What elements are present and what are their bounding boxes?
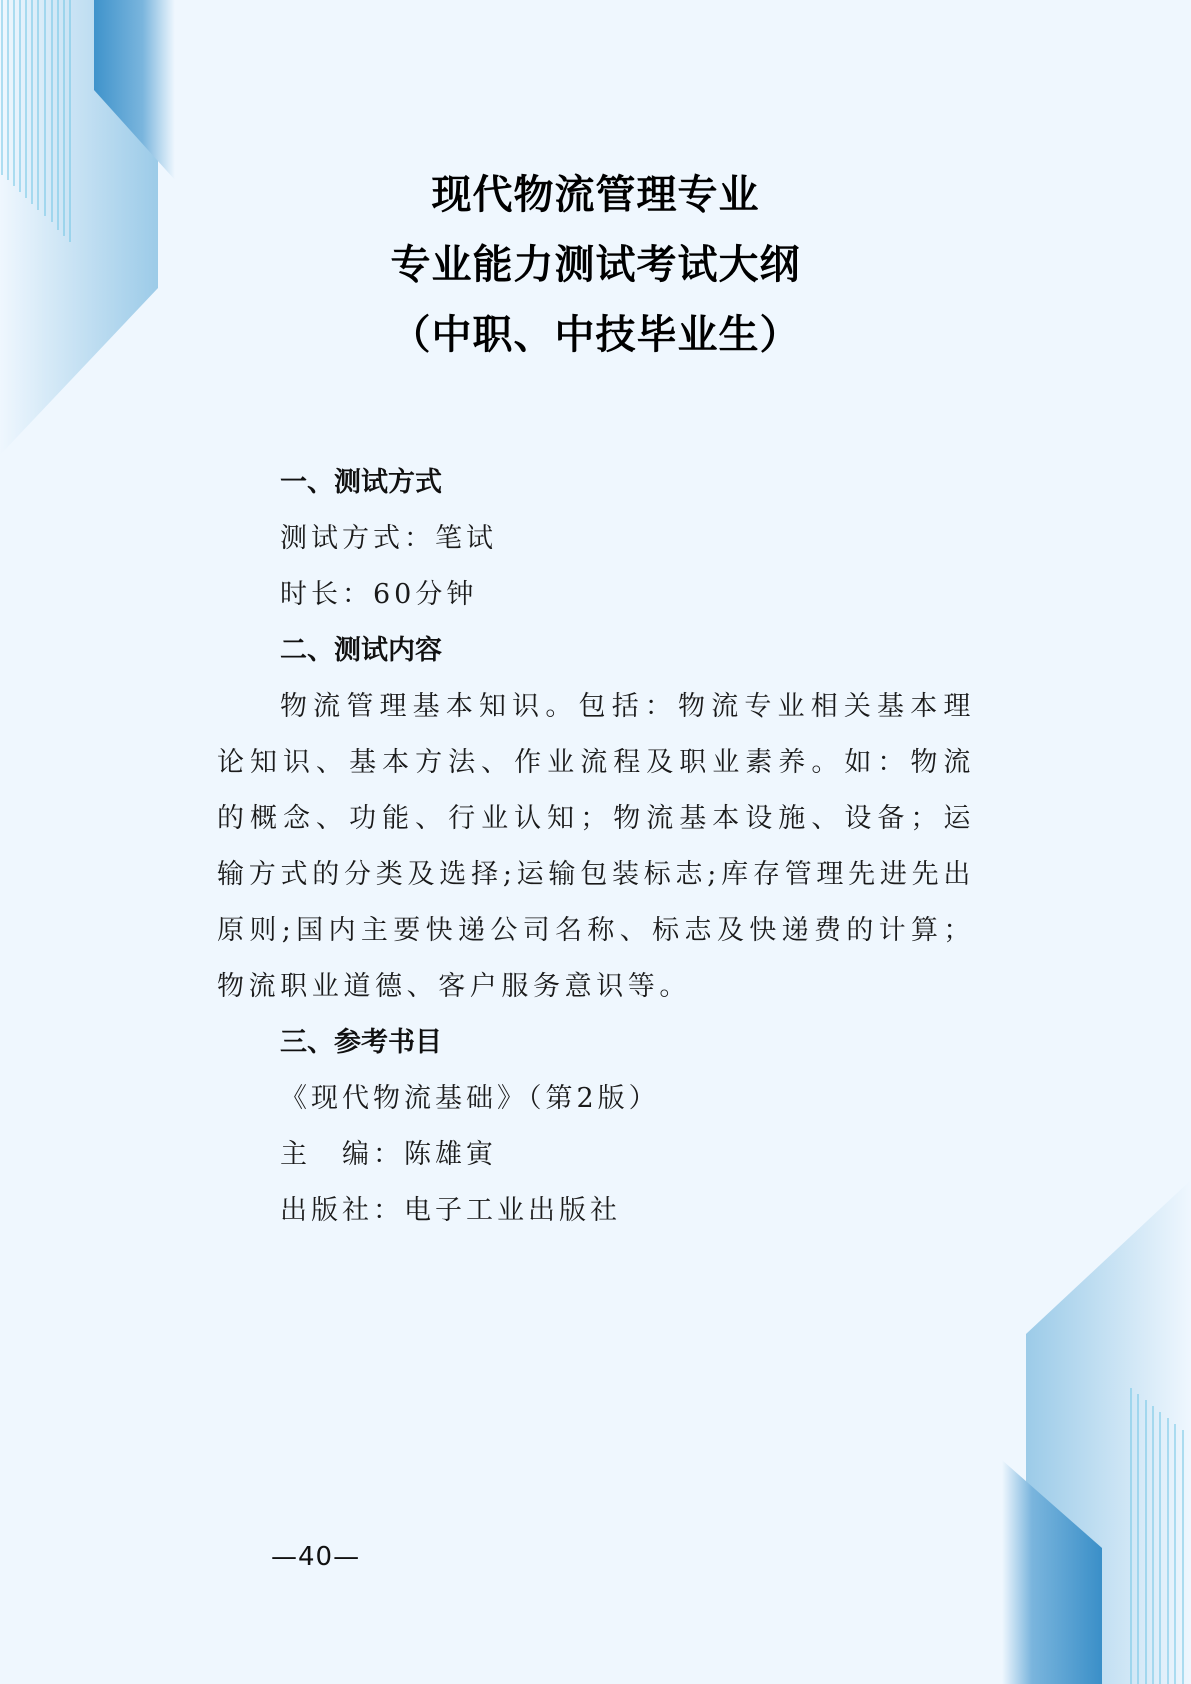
title-line-2: 专业能力测试考试大纲 (0, 230, 1191, 300)
section-heading-test-method: 一、测试方式 (217, 455, 975, 511)
decorative-corner-bottom-right (990, 1130, 1191, 1684)
title-line-1: 现代物流管理专业 (0, 160, 1191, 230)
document-title: 现代物流管理专业 专业能力测试考试大纲 （中职、中技毕业生） (0, 160, 1191, 370)
test-content-paragraph: 物流管理基本知识。包括：物流专业相关基本理论知识、基本方法、作业流程及职业素养。… (217, 679, 975, 1015)
title-line-3: （中职、中技毕业生） (0, 300, 1191, 370)
section-heading-test-content: 二、测试内容 (217, 623, 975, 679)
section-heading-references: 三、参考书目 (217, 1015, 975, 1071)
reference-book-title: 《现代物流基础》（第2版） (217, 1071, 975, 1127)
document-body: 一、测试方式 测试方式：笔试 时长：60分钟 二、测试内容 物流管理基本知识。包… (217, 455, 975, 1239)
reference-publisher: 出版社：电子工业出版社 (217, 1183, 975, 1239)
test-method-line: 测试方式：笔试 (217, 511, 975, 567)
reference-editor: 主 编：陈雄寅 (217, 1127, 975, 1183)
duration-line: 时长：60分钟 (217, 567, 975, 623)
page-number: —40— (271, 1542, 360, 1572)
